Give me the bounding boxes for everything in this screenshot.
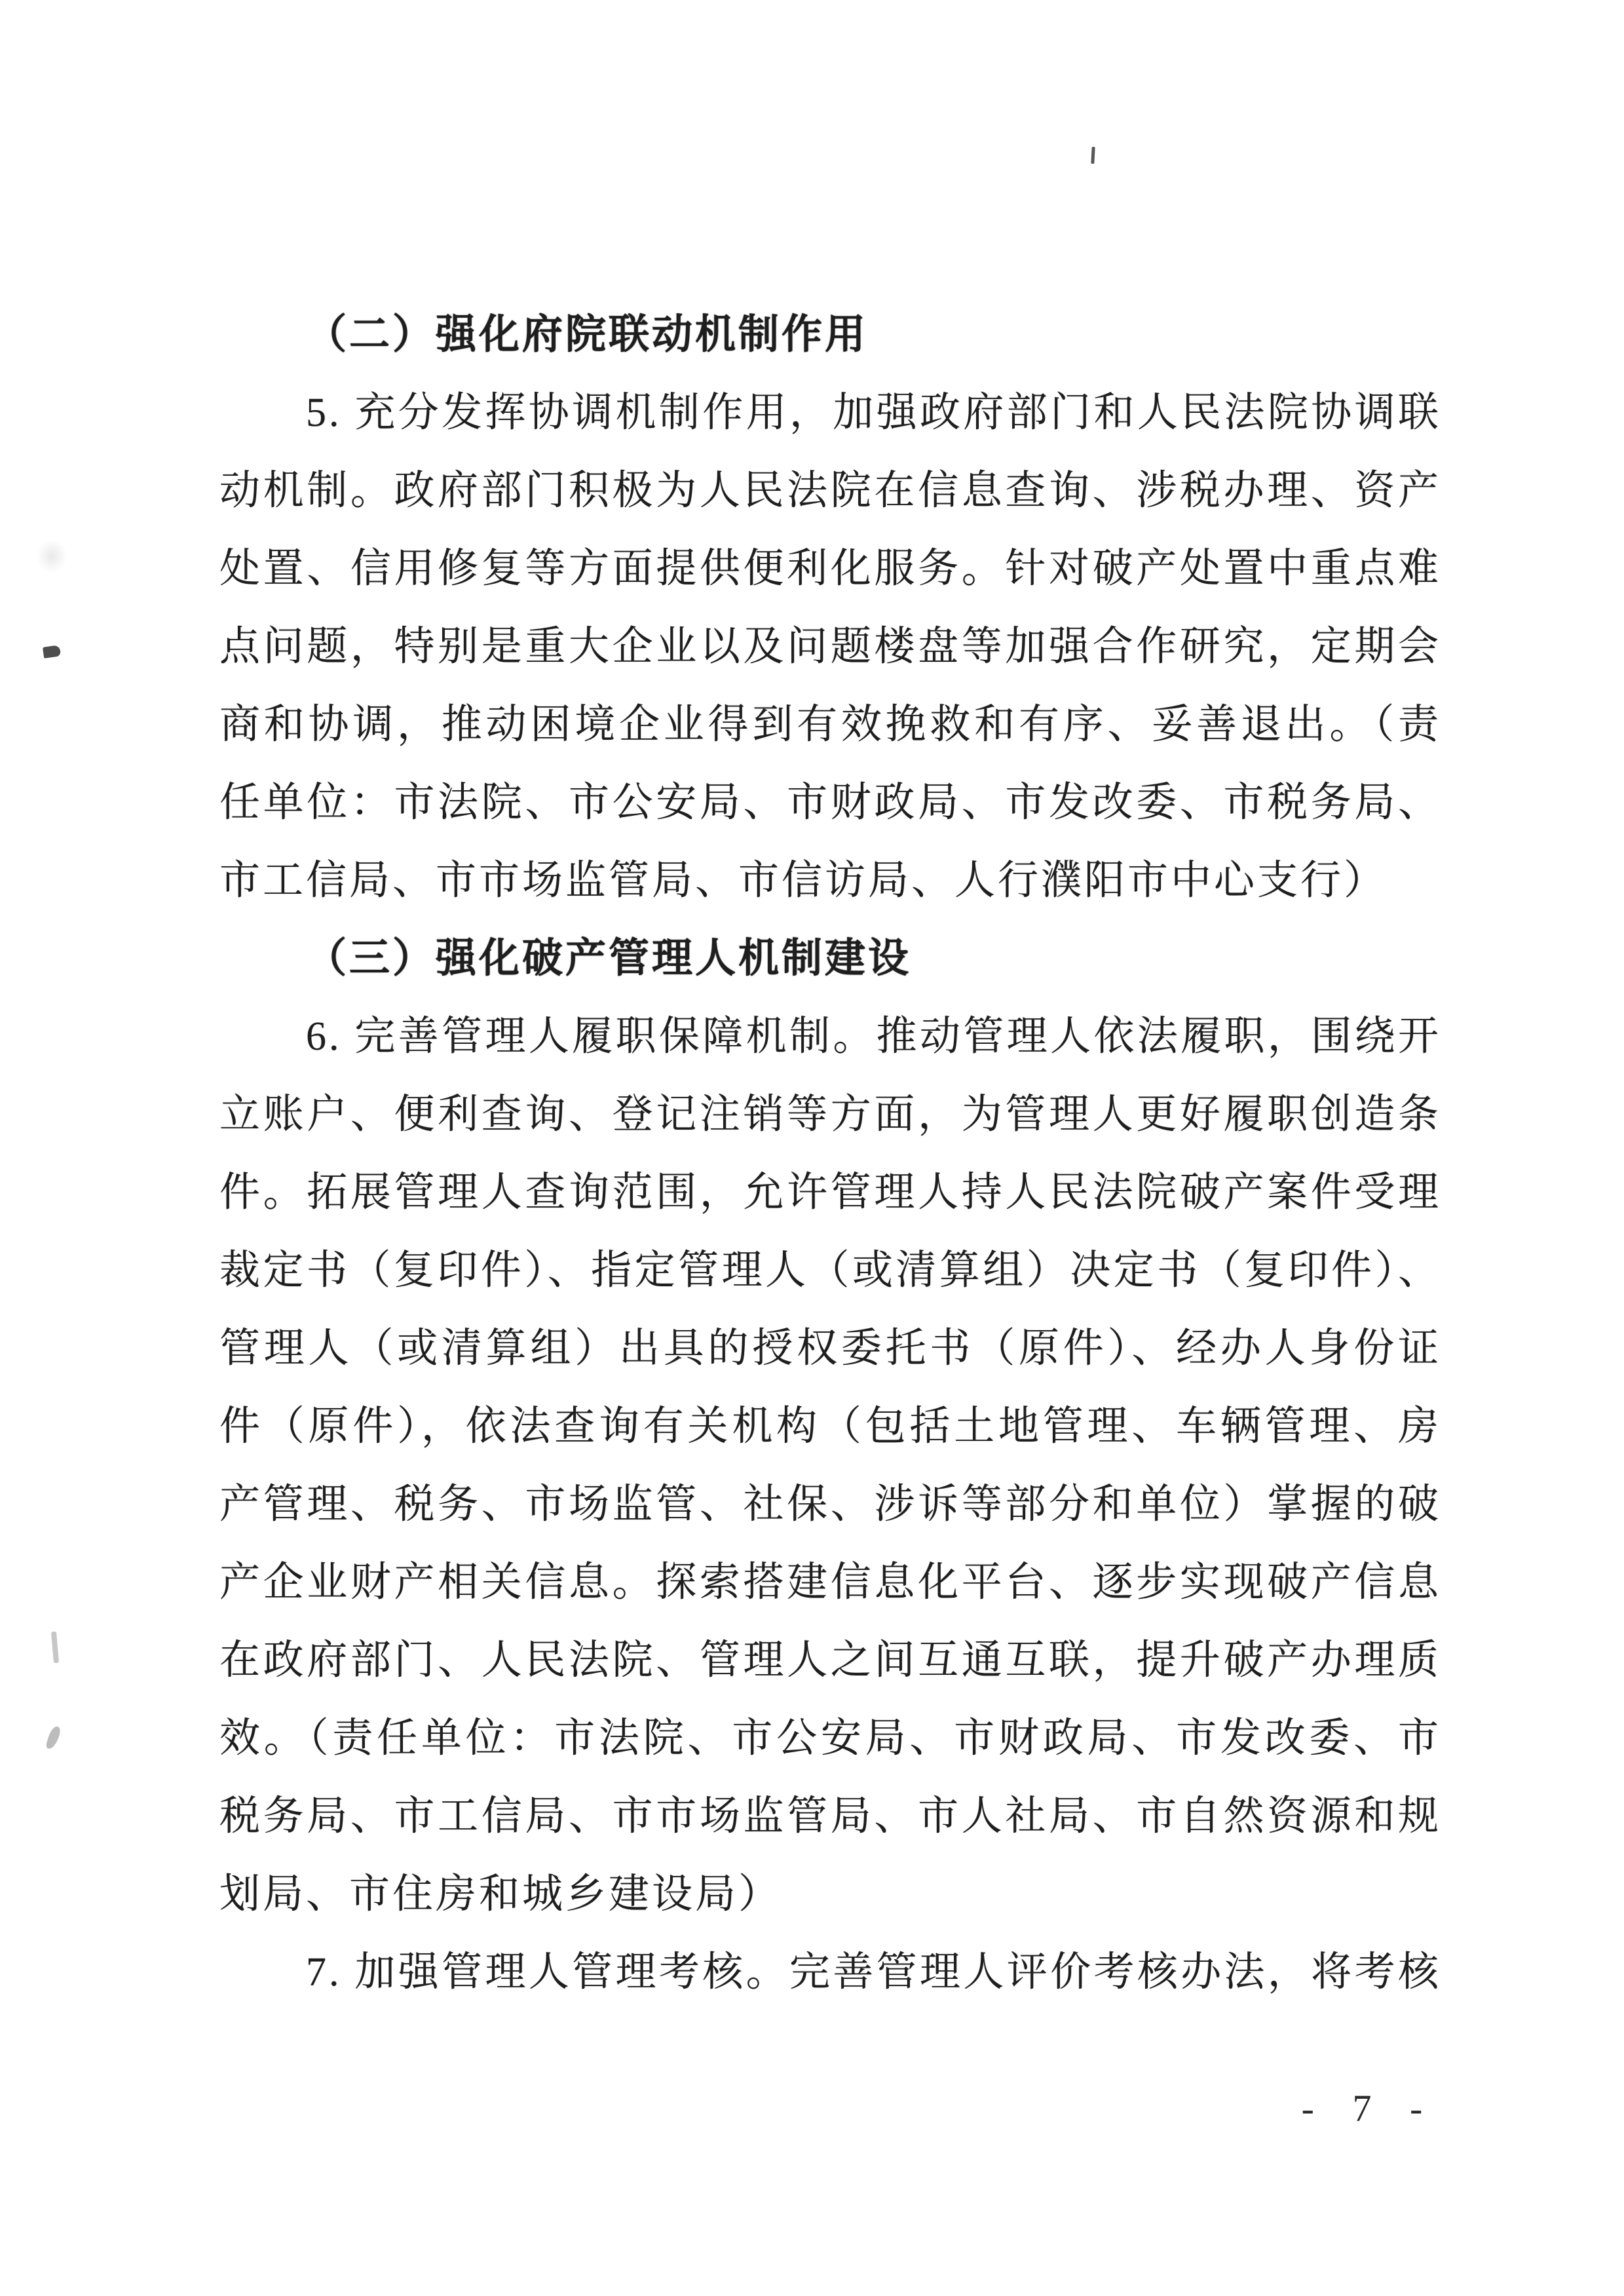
text-line: 动机制。政府部门积极为人民法院在信息查询、涉税办理、资产 xyxy=(219,452,1441,530)
page-number: - 7 - xyxy=(1284,2082,1454,2135)
text-line: （三）强化破产管理人机制建设 xyxy=(219,920,1441,998)
text-line: （二）强化府院联动机制作用 xyxy=(219,296,1441,374)
text-line: 商和协调，推动困境企业得到有效挽救和有序、妥善退出。（责 xyxy=(219,686,1441,764)
text-line: 市工信局、市市场监管局、市信访局、人行濮阳市中心支行） xyxy=(219,842,1441,920)
text-line: 件（原件），依法查询有关机构（包括土地管理、车辆管理、房 xyxy=(219,1388,1441,1466)
text-line: 点问题，特别是重大企业以及问题楼盘等加强合作研究，定期会 xyxy=(219,608,1441,686)
scan-artifact-tick xyxy=(1091,147,1095,164)
text-line: 产企业财产相关信息。探索搭建信息化平台、逐步实现破产信息 xyxy=(219,1544,1441,1622)
text-line: 管理人（或清算组）出具的授权委托书（原件）、经办人身份证 xyxy=(219,1310,1441,1388)
text-line: 立账户、便利查询、登记注销等方面，为管理人更好履职创造条 xyxy=(219,1076,1441,1154)
text-line: 划局、市住房和城乡建设局） xyxy=(219,1856,1441,1934)
scan-artifact-blot xyxy=(43,645,61,658)
text-line: 产管理、税务、市场监管、社保、涉诉等部分和单位）掌握的破 xyxy=(219,1466,1441,1544)
text-line: 处置、信用修复等方面提供便利化服务。针对破产处置中重点难 xyxy=(219,530,1441,608)
text-line: 效。（责任单位：市法院、市公安局、市财政局、市发改委、市 xyxy=(219,1700,1441,1778)
document-body: （二）强化府院联动机制作用5. 充分发挥协调机制作用，加强政府部门和人民法院协调… xyxy=(219,296,1441,2012)
text-line: 裁定书（复印件）、指定管理人（或清算组）决定书（复印件）、 xyxy=(219,1232,1441,1310)
scan-artifact-comma xyxy=(45,1725,62,1751)
text-line: 件。拓展管理人查询范围，允许管理人持人民法院破产案件受理 xyxy=(219,1154,1441,1232)
scan-artifact-bar xyxy=(51,1632,59,1664)
scan-artifact-smudge xyxy=(37,540,67,573)
text-line: 税务局、市工信局、市市场监管局、市人社局、市自然资源和规 xyxy=(219,1778,1441,1856)
document-page: （二）强化府院联动机制作用5. 充分发挥协调机制作用，加强政府部门和人民法院协调… xyxy=(0,0,1624,2296)
text-line: 任单位：市法院、市公安局、市财政局、市发改委、市税务局、 xyxy=(219,764,1441,842)
text-line: 在政府部门、人民法院、管理人之间互通互联，提升破产办理质 xyxy=(219,1622,1441,1700)
text-line: 5. 充分发挥协调机制作用，加强政府部门和人民法院协调联 xyxy=(219,374,1441,452)
text-line: 7. 加强管理人管理考核。完善管理人评价考核办法，将考核 xyxy=(219,1934,1441,2012)
text-line: 6. 完善管理人履职保障机制。推动管理人依法履职，围绕开 xyxy=(219,998,1441,1076)
